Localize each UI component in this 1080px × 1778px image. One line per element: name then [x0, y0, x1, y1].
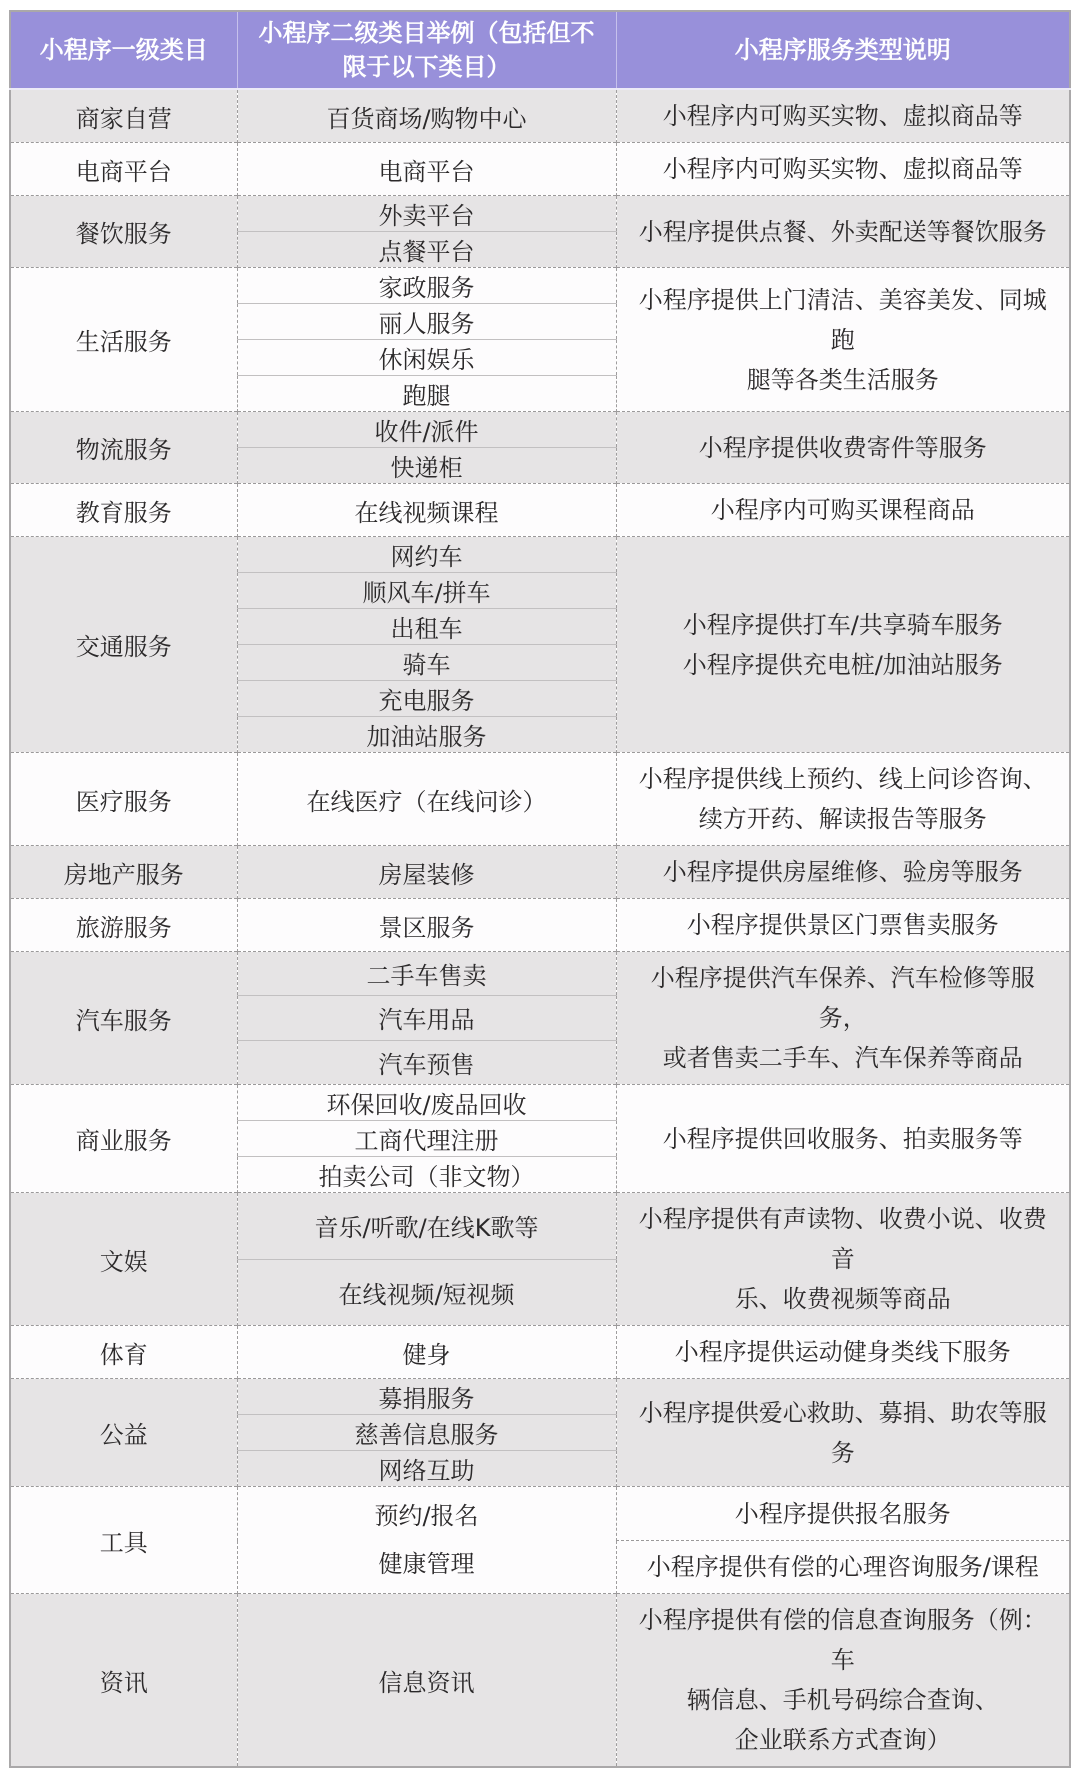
- table-row: 公益 募捐服务 小程序提供爱心救助、募捐、助农等服务: [10, 1379, 1070, 1415]
- subcategory-cell: 骑车: [237, 645, 616, 681]
- category-cell: 电商平台: [10, 143, 237, 196]
- subcategory-cell: 充电服务: [237, 681, 616, 717]
- service-line: 小程序提供运动健身类线下服务: [631, 1332, 1056, 1372]
- service-cell: 小程序提供爱心救助、募捐、助农等服务: [616, 1379, 1070, 1487]
- category-cell: 商业服务: [10, 1085, 237, 1193]
- service-line: 小程序提供有偿的心理咨询服务/课程: [631, 1547, 1056, 1587]
- subcategory-cell: 家政服务: [237, 268, 616, 304]
- subcategory-cell: 在线视频/短视频: [237, 1259, 616, 1326]
- service-line: 或者售卖二手车、汽车保养等商品: [631, 1038, 1056, 1078]
- subcategory-cell: 快递柜: [237, 448, 616, 484]
- subcategory-cell: 房屋装修: [237, 846, 616, 899]
- subcategory-cell: 拍卖公司（非文物）: [237, 1157, 616, 1193]
- subcategory-cell: 在线医疗（在线问诊）: [237, 753, 616, 846]
- category-cell: 商家自营: [10, 89, 237, 143]
- subcategory-cell: 网络互助: [237, 1451, 616, 1487]
- service-line: 小程序内可购买实物、虚拟商品等: [631, 96, 1056, 136]
- service-line: 小程序提供房屋维修、验房等服务: [631, 852, 1056, 892]
- service-line: 小程序提供上门清洁、美容美发、同城跑: [631, 280, 1056, 360]
- service-line: 腿等各类生活服务: [631, 360, 1056, 400]
- subcategory-cell: 顺风车/拼车: [237, 573, 616, 609]
- subcategory-cell: 景区服务: [237, 899, 616, 952]
- table-row: 工具 预约/报名 健康管理 小程序提供报名服务: [10, 1487, 1070, 1541]
- subcategory-line: 健康管理: [238, 1540, 616, 1588]
- category-cell: 物流服务: [10, 412, 237, 484]
- table-row: 汽车服务 二手车售卖 小程序提供汽车保养、汽车检修等服务， 或者售卖二手车、汽车…: [10, 952, 1070, 996]
- subcategory-cell: 二手车售卖: [237, 952, 616, 996]
- header-service-type: 小程序服务类型说明: [616, 11, 1070, 89]
- subcategory-cell: 预约/报名 健康管理: [237, 1487, 616, 1594]
- category-cell: 汽车服务: [10, 952, 237, 1085]
- table-row: 商业服务 环保回收/废品回收 小程序提供回收服务、拍卖服务等: [10, 1085, 1070, 1121]
- table-row: 电商平台 电商平台 小程序内可购买实物、虚拟商品等: [10, 143, 1070, 196]
- subcategory-cell: 在线视频课程: [237, 484, 616, 537]
- service-cell: 小程序提供收费寄件等服务: [616, 412, 1070, 484]
- table-row: 生活服务 家政服务 小程序提供上门清洁、美容美发、同城跑 腿等各类生活服务: [10, 268, 1070, 304]
- category-cell: 生活服务: [10, 268, 237, 412]
- category-cell: 工具: [10, 1487, 237, 1594]
- service-line: 辆信息、手机号码综合查询、: [631, 1680, 1056, 1720]
- service-cell: 小程序内可购买课程商品: [616, 484, 1070, 537]
- subcategory-cell: 网约车: [237, 537, 616, 573]
- category-cell: 旅游服务: [10, 899, 237, 952]
- category-cell: 餐饮服务: [10, 196, 237, 268]
- table-row: 物流服务 收件/派件 小程序提供收费寄件等服务: [10, 412, 1070, 448]
- category-cell: 教育服务: [10, 484, 237, 537]
- service-line: 续方开药、解读报告等服务: [631, 799, 1056, 839]
- subcategory-cell: 收件/派件: [237, 412, 616, 448]
- subcategory-cell: 丽人服务: [237, 304, 616, 340]
- service-cell: 小程序内可购买实物、虚拟商品等: [616, 89, 1070, 143]
- table-row: 商家自营 百货商场/购物中心 小程序内可购买实物、虚拟商品等: [10, 89, 1070, 143]
- service-cell: 小程序提供回收服务、拍卖服务等: [616, 1085, 1070, 1193]
- table-row: 教育服务 在线视频课程 小程序内可购买课程商品: [10, 484, 1070, 537]
- table-row: 医疗服务 在线医疗（在线问诊） 小程序提供线上预约、线上问诊咨询、 续方开药、解…: [10, 753, 1070, 846]
- service-line: 小程序提供爱心救助、募捐、助农等服务: [631, 1393, 1056, 1473]
- subcategory-cell: 跑腿: [237, 376, 616, 412]
- miniprogram-category-table: 小程序一级类目 小程序二级类目举例（包括但不限于以下类目） 小程序服务类型说明 …: [9, 10, 1071, 1768]
- service-line: 小程序内可购买实物、虚拟商品等: [631, 149, 1056, 189]
- service-line: 小程序提供有偿的信息查询服务（例：车: [631, 1600, 1056, 1680]
- subcategory-cell: 出租车: [237, 609, 616, 645]
- service-line: 企业联系方式查询）: [631, 1720, 1056, 1760]
- category-cell: 交通服务: [10, 537, 237, 753]
- subcategory-cell: 健身: [237, 1326, 616, 1379]
- subcategory-cell: 外卖平台: [237, 196, 616, 232]
- service-line: 小程序提供打车/共享骑车服务: [631, 605, 1056, 645]
- header-level1-category: 小程序一级类目: [10, 11, 237, 89]
- service-line: 小程序提供报名服务: [631, 1494, 1056, 1534]
- service-cell: 小程序提供汽车保养、汽车检修等服务， 或者售卖二手车、汽车保养等商品: [616, 952, 1070, 1085]
- service-line: 小程序提供汽车保养、汽车检修等服务，: [631, 958, 1056, 1038]
- service-line: 小程序内可购买课程商品: [631, 490, 1056, 530]
- service-line: 小程序提供景区门票售卖服务: [631, 905, 1056, 945]
- service-cell: 小程序提供有声读物、收费小说、收费音 乐、收费视频等商品: [616, 1193, 1070, 1326]
- subcategory-cell: 环保回收/废品回收: [237, 1085, 616, 1121]
- subcategory-cell: 信息资讯: [237, 1594, 616, 1768]
- subcategory-cell: 慈善信息服务: [237, 1415, 616, 1451]
- category-cell: 医疗服务: [10, 753, 237, 846]
- service-line: 乐、收费视频等商品: [631, 1279, 1056, 1319]
- table-row: 旅游服务 景区服务 小程序提供景区门票售卖服务: [10, 899, 1070, 952]
- service-cell: 小程序提供景区门票售卖服务: [616, 899, 1070, 952]
- table-header-row: 小程序一级类目 小程序二级类目举例（包括但不限于以下类目） 小程序服务类型说明: [10, 11, 1070, 89]
- category-cell: 房地产服务: [10, 846, 237, 899]
- service-cell: 小程序提供点餐、外卖配送等餐饮服务: [616, 196, 1070, 268]
- subcategory-cell: 百货商场/购物中心: [237, 89, 616, 143]
- table-row: 房地产服务 房屋装修 小程序提供房屋维修、验房等服务: [10, 846, 1070, 899]
- subcategory-cell: 休闲娱乐: [237, 340, 616, 376]
- service-line: 小程序提供线上预约、线上问诊咨询、: [631, 759, 1056, 799]
- service-cell: 小程序内可购买实物、虚拟商品等: [616, 143, 1070, 196]
- service-cell: 小程序提供有偿的心理咨询服务/课程: [616, 1541, 1070, 1594]
- category-cell: 文娱: [10, 1193, 237, 1326]
- subcategory-cell: 音乐/听歌/在线K歌等: [237, 1193, 616, 1260]
- service-cell: 小程序提供报名服务: [616, 1487, 1070, 1541]
- subcategory-cell: 电商平台: [237, 143, 616, 196]
- service-cell: 小程序提供运动健身类线下服务: [616, 1326, 1070, 1379]
- subcategory-cell: 工商代理注册: [237, 1121, 616, 1157]
- subcategory-cell: 汽车预售: [237, 1040, 616, 1084]
- category-cell: 体育: [10, 1326, 237, 1379]
- subcategory-cell: 募捐服务: [237, 1379, 616, 1415]
- service-cell: 小程序提供上门清洁、美容美发、同城跑 腿等各类生活服务: [616, 268, 1070, 412]
- table-row: 餐饮服务 外卖平台 小程序提供点餐、外卖配送等餐饮服务: [10, 196, 1070, 232]
- service-line: 小程序提供充电桩/加油站服务: [631, 645, 1056, 685]
- table-row: 交通服务 网约车 小程序提供打车/共享骑车服务 小程序提供充电桩/加油站服务: [10, 537, 1070, 573]
- category-cell: 公益: [10, 1379, 237, 1487]
- service-cell: 小程序提供有偿的信息查询服务（例：车 辆信息、手机号码综合查询、 企业联系方式查…: [616, 1594, 1070, 1768]
- service-cell: 小程序提供打车/共享骑车服务 小程序提供充电桩/加油站服务: [616, 537, 1070, 753]
- service-line: 小程序提供有声读物、收费小说、收费音: [631, 1199, 1056, 1279]
- service-line: 小程序提供点餐、外卖配送等餐饮服务: [631, 212, 1056, 252]
- subcategory-cell: 点餐平台: [237, 232, 616, 268]
- category-cell: 资讯: [10, 1594, 237, 1768]
- table-row: 资讯 信息资讯 小程序提供有偿的信息查询服务（例：车 辆信息、手机号码综合查询、…: [10, 1594, 1070, 1768]
- table-row: 体育 健身 小程序提供运动健身类线下服务: [10, 1326, 1070, 1379]
- table-row: 文娱 音乐/听歌/在线K歌等 小程序提供有声读物、收费小说、收费音 乐、收费视频…: [10, 1193, 1070, 1260]
- subcategory-cell: 汽车用品: [237, 996, 616, 1040]
- header-level2-examples: 小程序二级类目举例（包括但不限于以下类目）: [237, 11, 616, 89]
- service-line: 小程序提供回收服务、拍卖服务等: [631, 1119, 1056, 1159]
- service-cell: 小程序提供线上预约、线上问诊咨询、 续方开药、解读报告等服务: [616, 753, 1070, 846]
- subcategory-line: 预约/报名: [238, 1492, 616, 1540]
- service-line: 小程序提供收费寄件等服务: [631, 428, 1056, 468]
- subcategory-cell: 加油站服务: [237, 717, 616, 753]
- service-cell: 小程序提供房屋维修、验房等服务: [616, 846, 1070, 899]
